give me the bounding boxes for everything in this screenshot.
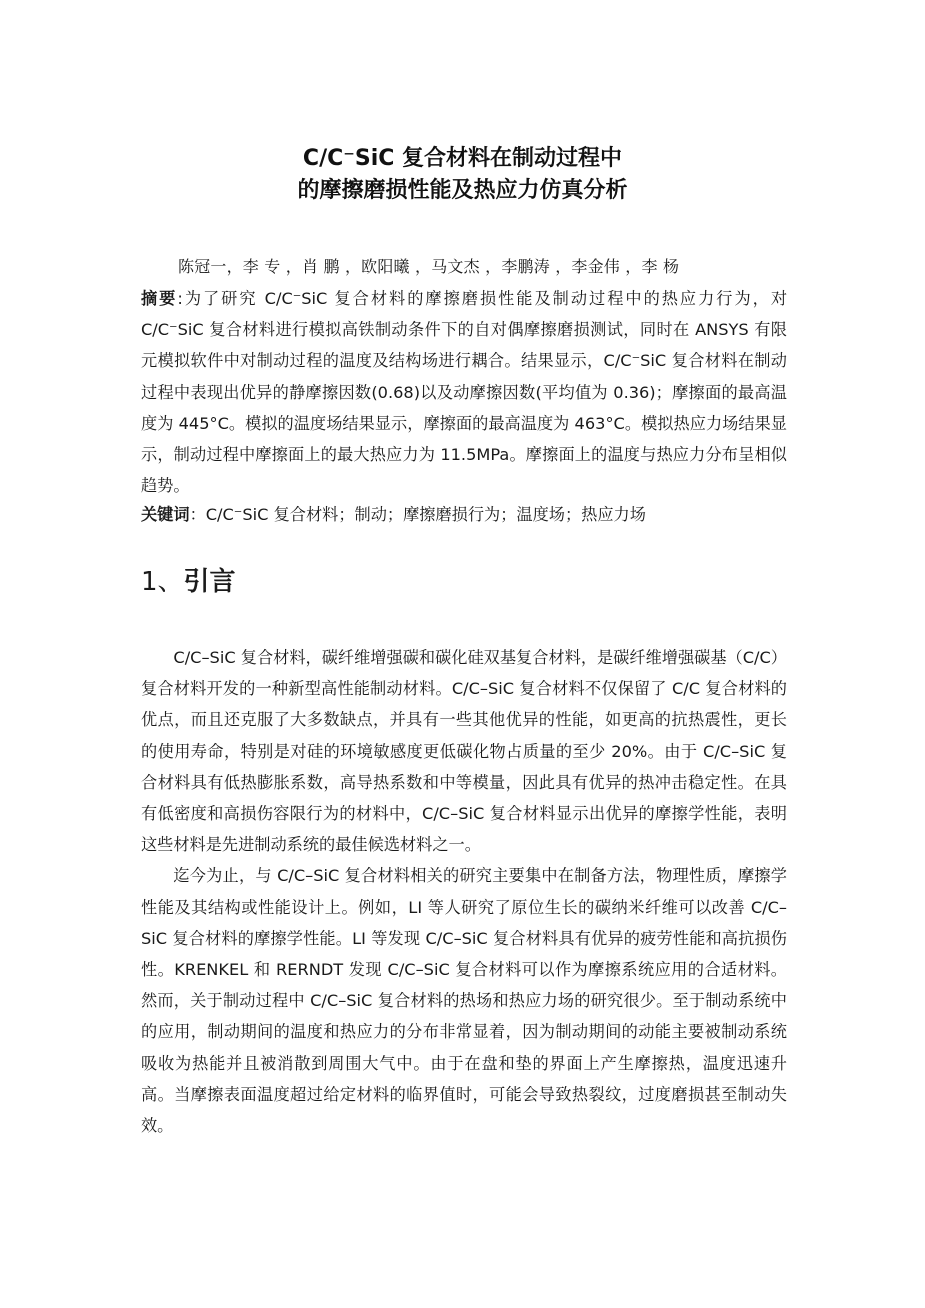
keywords-text: ：C/C⁻SiC 复合材料；制动；摩擦磨损行为；温度场；热应力场 <box>190 505 646 524</box>
paragraph: 迄今为止，与 C/C–SiC 复合材料相关的研究主要集中在制备方法，物理性质，摩… <box>141 860 787 1141</box>
section-heading: 1、引言 <box>141 564 236 600</box>
paper-title: C/C⁻SiC 复合材料在制动过程中 的摩擦磨损性能及热应力仿真分析 <box>0 143 925 207</box>
title-line-2: 的摩擦磨损性能及热应力仿真分析 <box>0 175 925 207</box>
abstract-text: :为了研究 C/C⁻SiC 复合材料的摩擦磨损性能及制动过程中的热应力行为，对 … <box>141 289 787 495</box>
abstract: 摘要:为了研究 C/C⁻SiC 复合材料的摩擦磨损性能及制动过程中的热应力行为，… <box>141 283 787 501</box>
section-number: 1、 <box>141 567 184 597</box>
author-list: 陈冠一，李 专 ，肖 鹏 ，欧阳曦 ，马文杰 ，李鹏涛 ，李金伟 ，李 杨 <box>178 254 679 280</box>
title-line-1: C/C⁻SiC 复合材料在制动过程中 <box>0 143 925 175</box>
abstract-label: 摘要 <box>141 289 177 308</box>
keywords-label: 关键词 <box>141 505 190 524</box>
introduction-body: C/C–SiC 复合材料，碳纤维增强碳和碳化硅双基复合材料，是碳纤维增强碳基（C… <box>141 642 787 1141</box>
section-title: 引言 <box>184 567 236 597</box>
keywords: 关键词：C/C⁻SiC 复合材料；制动；摩擦磨损行为；温度场；热应力场 <box>141 502 646 528</box>
paragraph: C/C–SiC 复合材料，碳纤维增强碳和碳化硅双基复合材料，是碳纤维增强碳基（C… <box>141 642 787 860</box>
